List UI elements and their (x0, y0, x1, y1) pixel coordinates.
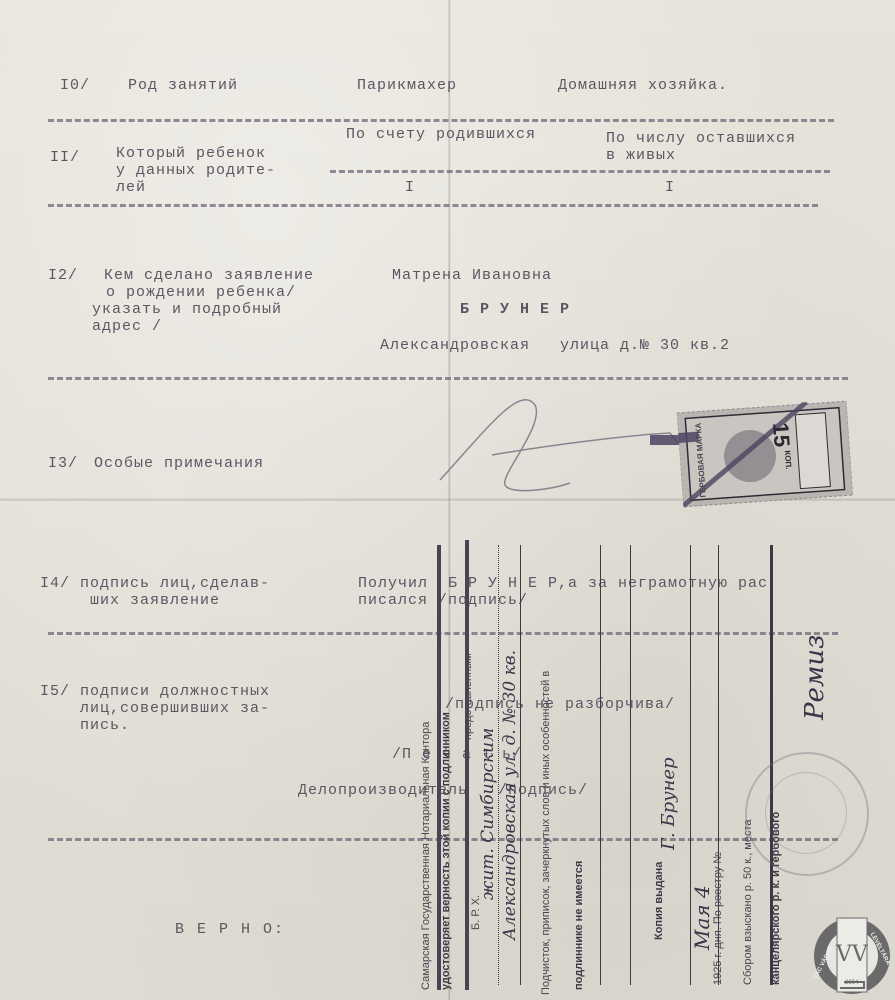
stamp-rule (630, 545, 631, 985)
field-label: адрес / (92, 319, 162, 335)
row-number: II/ (50, 150, 80, 166)
notary-seal (745, 752, 869, 876)
field-label: у данных родите- (116, 163, 276, 179)
stamp-line-7: подлиннике не имеется (573, 861, 585, 990)
notary-signature: Ремиз (800, 635, 830, 720)
stamp-value: 15 (767, 422, 795, 448)
divider (48, 119, 834, 122)
archive-logo: VV VÁC VÁROS LEVÉLTÁRA 2004 (812, 916, 892, 996)
mother-occupation: Домашняя хозяйка. (558, 78, 728, 94)
field-label: Который ребенок (116, 146, 266, 162)
stamp-rule (600, 545, 601, 985)
row-number: I4/ (40, 576, 70, 592)
row-number: I3/ (48, 456, 78, 472)
declarant-address: Александровская улица д.№ 30 кв.2 (380, 338, 730, 354)
stamp-line-2: удостоверяет верность этой копии с подли… (440, 712, 452, 990)
official-signature: /подпись не разборчива/ (445, 697, 675, 713)
document-page: I0/ Род занятий Парикмахер Домашняя хозя… (0, 0, 895, 1000)
stamp-unit: КОП. (783, 450, 793, 470)
stamp-line-8: Копия выдана (653, 862, 665, 940)
divider (48, 204, 818, 207)
col-header-living-2: в живых (606, 148, 676, 164)
certified-label: В Е Р Н О: (175, 922, 285, 938)
stamp-line-6: Подчисток, приписок, зачеркнутых слов и … (540, 671, 552, 995)
field-label: Кем сделано заявление (104, 268, 314, 284)
stamp-rule (520, 545, 521, 985)
father-occupation: Парикмахер (357, 78, 457, 94)
logo-monogram: VV (836, 942, 868, 967)
col-header-born: По счету родившихся (346, 127, 536, 143)
row-number: I0/ (60, 78, 90, 94)
field-label: лиц,совершивших за- (80, 701, 270, 717)
living-order-value: I (665, 180, 675, 196)
birth-order-value: I (405, 180, 415, 196)
stamp-line-1: Самарская Государственная Нотариальная К… (420, 722, 432, 990)
row-number: I2/ (48, 268, 78, 284)
field-label: Род занятий (128, 78, 238, 94)
divider (48, 377, 848, 380)
col-header-living: По числу оставшихся (606, 131, 796, 147)
logo-year: 2004 (845, 980, 858, 986)
signature-note: Получил Б Р У Н Е Р,а за неграмотную рас (358, 576, 768, 592)
declarant-surname: Б Р У Н Е Р (460, 302, 570, 318)
handwritten-date: Мая 4 (690, 885, 714, 950)
field-label: подпись лиц,сделав- (80, 576, 270, 592)
field-label: ших заявление (90, 593, 220, 609)
stamp-line-4: Б. Р. Х. (470, 895, 482, 930)
divider (330, 170, 830, 173)
handwritten-address: Александровская ул. д. № 30 кв. (500, 650, 520, 940)
field-label: лей (116, 180, 146, 196)
field-label: Особые примечания (94, 456, 264, 472)
handwritten-recipient: Г. Брунер (658, 757, 679, 850)
stamp-rule (498, 545, 499, 985)
declarant-name: Матрена Ивановна (392, 268, 552, 284)
field-label: о рождении ребенка/ (106, 285, 296, 301)
signature-note-2: писался /подпись/ (358, 593, 528, 609)
stamp-line-3: представленным (462, 653, 474, 740)
divider (48, 632, 838, 635)
stamp-rule (465, 540, 469, 990)
field-label: указать и подробный (92, 302, 282, 318)
field-label: пись. (80, 718, 130, 734)
handwritten-surname: жит. Симбирским (478, 728, 498, 900)
field-label: подписи должностных (80, 684, 270, 700)
pencil-scribble (430, 385, 680, 495)
row-number: I5/ (40, 684, 70, 700)
revenue-stamp: 15 КОП. ГЕРБОВАЯ МАРКА (677, 399, 854, 511)
